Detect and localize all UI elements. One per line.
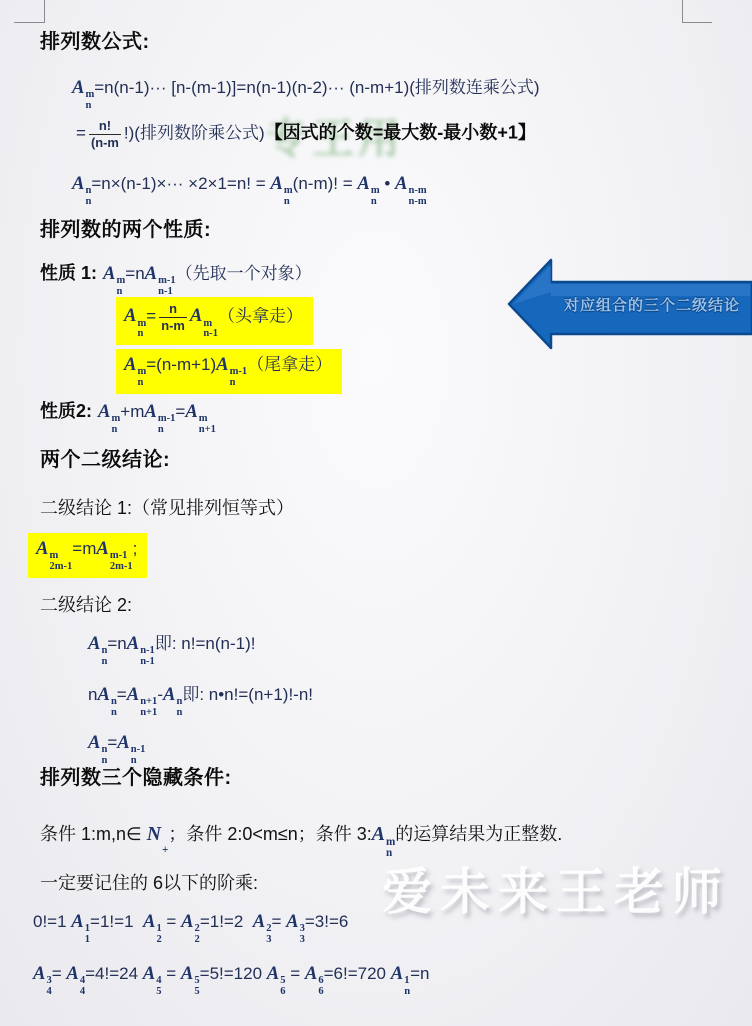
highlight-tail-removed: Amn=(n-m+1)Am-1n（尾拿走） xyxy=(116,349,342,394)
formula-n-factorial: Ann=n×(n-1)×··· ×2×1=n! = Amn(n-m)! = Am… xyxy=(72,172,427,208)
property-1-formula: Amn=nAm-1n-1（先取一个对象） xyxy=(103,264,312,283)
conclusion-2-formula-a: Ann=nAn-1n-1即: n!=n(n-1)! xyxy=(88,632,255,668)
section-title-two-conclusions: 两个二级结论: xyxy=(40,448,170,473)
factorial-row-2: A34= A44=4!=24 A45 = A55=5!=120 A56 = A6… xyxy=(33,962,429,998)
formula-product-form: Amn=n(n-1)··· [n-(m-1)]=n(n-1)(n-2)··· (… xyxy=(72,76,540,112)
conclusion-2-formula-c: Ann=An-1n xyxy=(88,731,145,767)
callout-label: 对应组合的三个二级结论 xyxy=(557,294,747,315)
conclusion-1-label: 二级结论 1:（常见排列恒等式） xyxy=(40,497,294,520)
property-1-line: 性质 1:Amn=nAm-1n-1（先取一个对象） xyxy=(40,262,312,298)
highlighted-formula: Am2m-1=mAm-12m-1; xyxy=(28,533,147,578)
property-1-label: 性质 1: xyxy=(40,263,97,283)
property-2-formula: Amn+mAm-1n=Amn+1 xyxy=(98,402,216,421)
conclusion-2-label: 二级结论 2: xyxy=(40,594,132,617)
highlighted-formula: Amn=(n-m+1)Am-1n（尾拿走） xyxy=(116,349,342,394)
page-background: 专王用 排列数公式: Amn=n(n-1)··· [n-(m-1)]=n(n-1… xyxy=(0,0,752,1026)
document-page: { "page": { "background": "#f2f2f5", "hi… xyxy=(0,0,752,1026)
blue-callout: 对应组合的三个二级结论 xyxy=(505,256,752,356)
remember-factorials-line: 一定要记住的 6以下的阶乘: xyxy=(40,872,258,895)
section-title-permutation-formula: 排列数公式: xyxy=(40,30,150,55)
formula-factorial-form: =n!(n-m!)(排列数阶乘公式)【因式的个数=最大数-最小数+1】 xyxy=(76,118,536,150)
conclusion-2-formula-b: nAnn=An+1n+1-Ann即: n•n!=(n+1)!-n! xyxy=(88,683,313,719)
highlighted-formula: Amn=nn-mAmn-1（头拿走） xyxy=(116,297,313,345)
conditions-line: 条件 1:m,n∈ N+；条件 2:0<m≤n；条件 3:Amn的运算结果为正整… xyxy=(40,822,562,859)
highlight-head-removed: Amn=nn-mAmn-1（头拿走） xyxy=(116,297,313,345)
property-2-label: 性质2: xyxy=(40,401,92,421)
factorial-row-1: 0!=1 A11=1!=1 A12 = A22=1!=2 A23= A33=3!… xyxy=(33,910,348,946)
highlight-identity: Am2m-1=mAm-12m-1; xyxy=(28,533,147,578)
document-content: 排列数公式: Amn=n(n-1)··· [n-(m-1)]=n(n-1)(n-… xyxy=(0,0,752,1026)
section-title-hidden-conditions: 排列数三个隐藏条件: xyxy=(40,766,232,791)
property-2-line: 性质2:Amn+mAm-1n=Amn+1 xyxy=(40,400,216,436)
section-title-two-properties: 排列数的两个性质: xyxy=(40,218,211,243)
